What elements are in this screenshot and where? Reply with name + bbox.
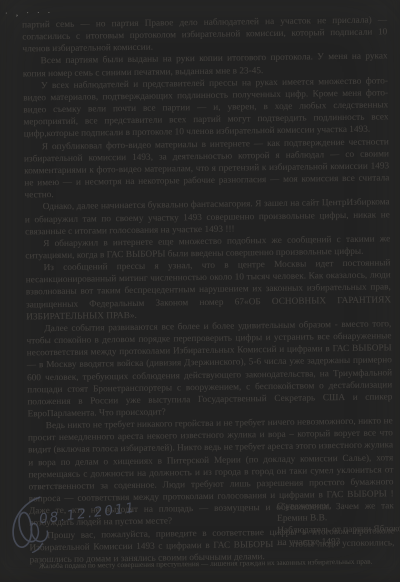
- letter-page: · ‚ · · · партий семь — но партия Правое…: [0, 0, 400, 582]
- paragraph: Далее события развиваются все более и бо…: [26, 318, 392, 420]
- pencil-margin-marks: · ‚ · · ·: [5, 8, 53, 18]
- paragraph: Я опубликовал фото-видео материалы в инт…: [24, 136, 390, 202]
- paragraph: партий семь — но партия Правое дело набл…: [22, 14, 387, 56]
- paragraph: У всех наблюдателей и представителей пре…: [23, 75, 389, 141]
- closing-role-line2: на участке 1493: [277, 535, 400, 549]
- paragraph: Из сообщений прессы я узнал, что в центр…: [25, 257, 391, 323]
- closing-role-line1: Наблюдатель от партии Яблоко: [277, 523, 400, 537]
- photographed-document: · ‚ · · · партий семь — но партия Правое…: [0, 0, 400, 582]
- letter-body: партий семь — но партия Правое дело набл…: [22, 14, 395, 566]
- signature-block: С уважением, Еремин В.В. Наблюдатель от …: [277, 499, 400, 549]
- paragraph: Однако, далее начинается буквально фанта…: [25, 197, 390, 239]
